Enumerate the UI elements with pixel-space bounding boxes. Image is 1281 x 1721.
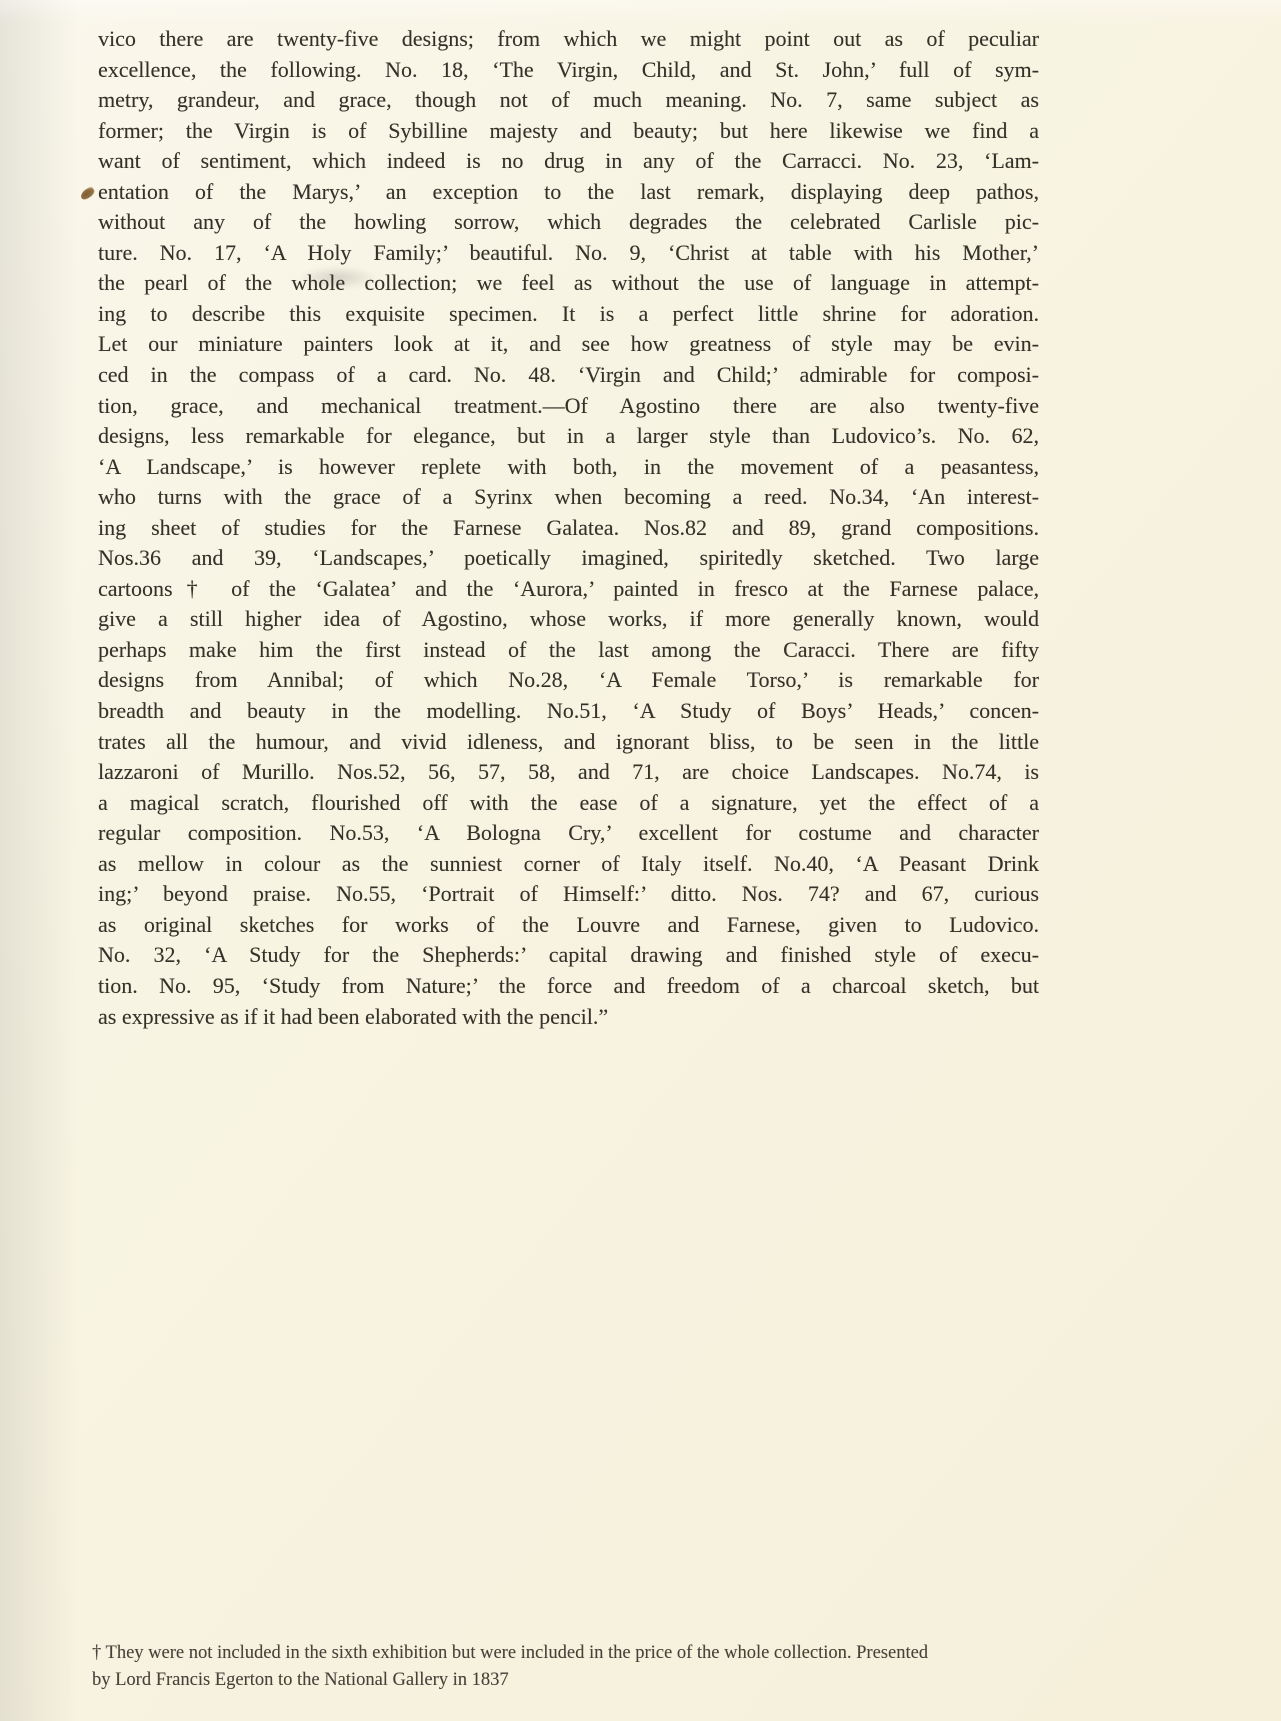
scanned-page: vico there are twenty-five designs; from… (0, 0, 1281, 1721)
text-line: ced in the compass of a card. No. 48. ‘V… (98, 360, 1039, 391)
text-line: tion, grace, and mechanical treatment.—O… (98, 391, 1039, 422)
text-line: without any of the howling sorrow, which… (98, 207, 1039, 238)
text-line: cartoons† of the ‘Galatea’ and the ‘Auro… (98, 574, 1039, 605)
text-line: ‘A Landscape,’ is however replete with b… (98, 452, 1039, 483)
text-line: entation of the Marys,’ an exception to … (98, 177, 1039, 208)
text-line: perhaps make him the first instead of th… (98, 635, 1039, 666)
ink-speck-artifact (79, 186, 96, 202)
text-line: designs from Annibal; of which No.28, ‘A… (98, 665, 1039, 696)
text-line: tion. No. 95, ‘Study from Nature;’ the f… (98, 971, 1039, 1002)
text-line: designs, less remarkable for elegance, b… (98, 421, 1039, 452)
text-line: the pearl of the whole collection; we fe… (98, 268, 1039, 299)
text-line: lazzaroni of Murillo. Nos.52, 56, 57, 58… (98, 757, 1039, 788)
text-line: a magical scratch, flourished off with t… (98, 788, 1039, 819)
text-line: Let our miniature painters look at it, a… (98, 329, 1039, 360)
text-line: vico there are twenty-five designs; from… (98, 24, 1039, 55)
footnote: † They were not included in the sixth ex… (92, 1640, 1192, 1694)
text-line: as mellow in colour as the sunniest corn… (98, 849, 1039, 880)
text-line: trates all the humour, and vivid idlenes… (98, 727, 1039, 758)
footnote-line: by Lord Francis Egerton to the National … (92, 1667, 1192, 1694)
page-left-edge-shading (0, 0, 78, 1721)
text-line: excellence, the following. No. 18, ‘The … (98, 55, 1039, 86)
text-line: ture. No. 17, ‘A Holy Family;’ beautiful… (98, 238, 1039, 269)
text-line: want of sentiment, which indeed is no dr… (98, 146, 1039, 177)
text-line: give a still higher idea of Agostino, wh… (98, 604, 1039, 635)
page-top-edge-shading (0, 0, 1281, 24)
text-line: metry, grandeur, and grace, though not o… (98, 85, 1039, 116)
footnote-line: † They were not included in the sixth ex… (92, 1640, 1192, 1667)
text-line: breadth and beauty in the modelling. No.… (98, 696, 1039, 727)
text-line: as original sketches for works of the Lo… (98, 910, 1039, 941)
text-line: who turns with the grace of a Syrinx whe… (98, 482, 1039, 513)
text-line: No. 32, ‘A Study for the Shepherds:’ cap… (98, 940, 1039, 971)
text-line: ing to describe this exquisite specimen.… (98, 299, 1039, 330)
text-line: ing;’ beyond praise. No.55, ‘Portrait of… (98, 879, 1039, 910)
text-line: regular composition. No.53, ‘A Bologna C… (98, 818, 1039, 849)
text-line: ing sheet of studies for the Farnese Gal… (98, 513, 1039, 544)
text-line: former; the Virgin is of Sybilline majes… (98, 116, 1039, 147)
text-line: as expressive as if it had been elaborat… (98, 1002, 1039, 1033)
body-text: vico there are twenty-five designs; from… (98, 24, 1039, 1032)
text-line: Nos.36 and 39, ‘Landscapes,’ poetically … (98, 543, 1039, 574)
